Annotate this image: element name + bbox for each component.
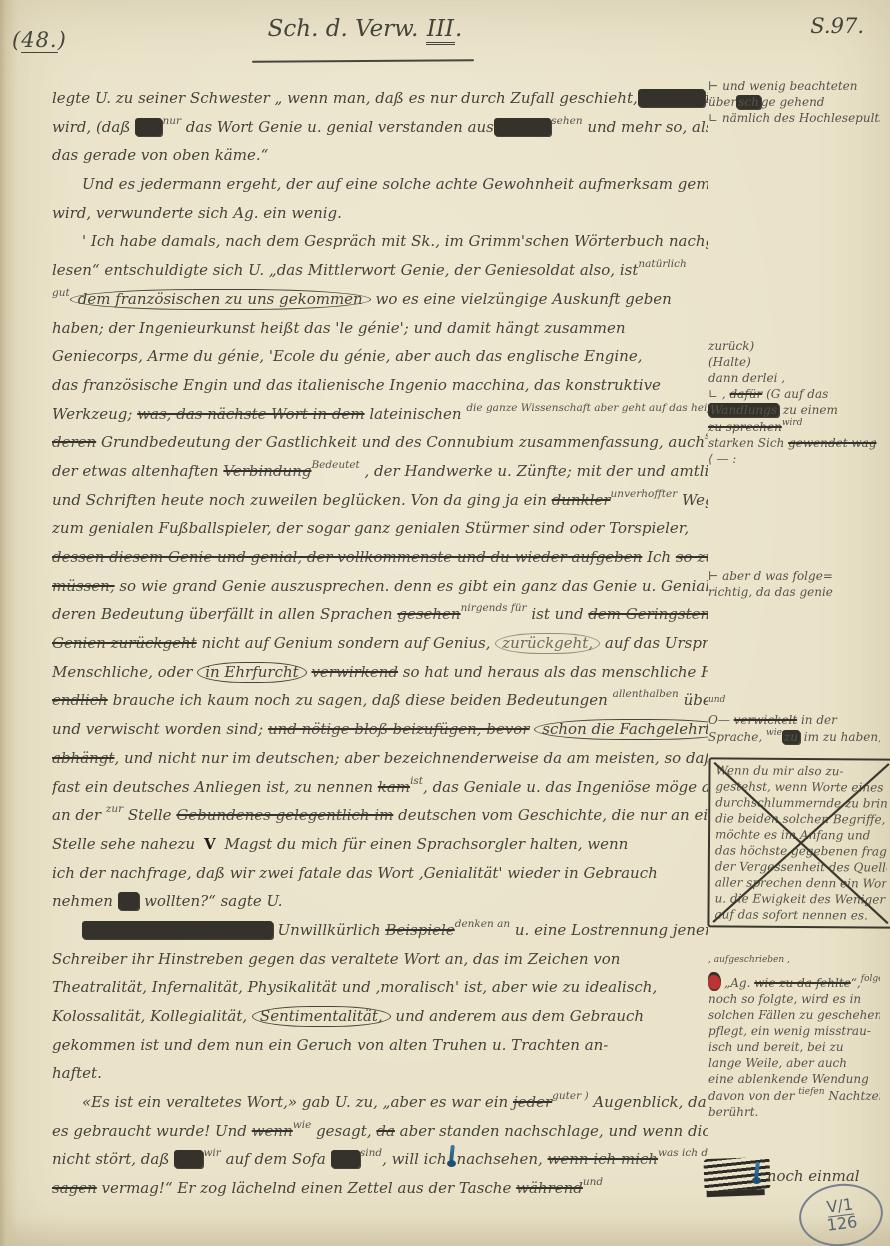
handwriting-text: lange Weile, aber auch bbox=[708, 1056, 847, 1070]
manuscript-line: zum genialen Fußballspieler, der sogar g… bbox=[52, 514, 708, 543]
margin-note-line: zu sprechenwird bbox=[708, 418, 880, 435]
manuscript-line: haftet. bbox=[52, 1059, 708, 1088]
struck-text: müssen, bbox=[52, 577, 115, 595]
page-number-left: (48.) bbox=[12, 28, 67, 52]
manuscript-line: und Schriften heute noch zuweilen beglüc… bbox=[52, 486, 708, 515]
margin-note: undO— verwickelt in derSprache, wiezu im… bbox=[708, 695, 880, 745]
manuscript-line: das gerade von oben käme.“ bbox=[52, 141, 708, 170]
handwriting-text: dann derlei , bbox=[708, 371, 785, 385]
blotted-out-text: Vorhand bbox=[638, 89, 706, 107]
handwriting-text: auf dem Sofa bbox=[221, 1150, 331, 1168]
manuscript-line: Schreiber ihr Hinstreben gegen das veral… bbox=[52, 945, 708, 974]
handwriting-text: berührt. bbox=[708, 1105, 758, 1119]
manuscript-line: Menschliche, oder in Ehrfurcht verwirken… bbox=[52, 658, 708, 687]
manuscript-line: ' Ich habe damals, nach dem Gespräch mit… bbox=[52, 227, 708, 256]
title-numeral: III bbox=[426, 16, 455, 45]
manuscript-line: wird, (daß nienur das Wort Genie u. geni… bbox=[52, 113, 708, 142]
crossed-out-margin-paragraph: Wenn du mir also zu-gestehst, wenn Worte… bbox=[707, 757, 890, 928]
handwriting-text: das französische Engin und das italienis… bbox=[52, 376, 661, 394]
inserted-text: und bbox=[583, 1177, 603, 1187]
struck-text: gewendet wag bbox=[788, 436, 876, 450]
handwriting-text: ∟ , bbox=[708, 387, 730, 401]
handwriting-text: Sprache, bbox=[708, 730, 766, 744]
manuscript-line: dessen diesem Genie und genial, der voll… bbox=[52, 543, 708, 572]
blue-ink-mark-icon bbox=[752, 1166, 762, 1184]
handwriting-text: starken Sich bbox=[708, 436, 788, 450]
handwriting-text: über bbox=[708, 95, 736, 109]
margin-note-line: davon von der tiefen Nachtzeit bbox=[708, 1087, 880, 1104]
manuscript-line: Theatralität, Infernalität, Physikalität… bbox=[52, 973, 708, 1002]
handwriting-text: ⟨ — : bbox=[708, 452, 736, 466]
circled-text: in Ehrfurcht bbox=[197, 662, 306, 683]
manuscript-line: legte U. zu seiner Schwester „ wenn man,… bbox=[52, 84, 708, 113]
margin-note-line: isch und bereit, bei zu bbox=[708, 1039, 880, 1055]
manuscript-line: Mit U. Sofort da, breiten Unwillkürlich … bbox=[52, 916, 708, 945]
struck-text: gesehen bbox=[397, 605, 460, 623]
handwriting-text: wird, (daß bbox=[52, 118, 135, 136]
handwriting-text: deren Bedeutung überfällt in allen Sprac… bbox=[52, 605, 397, 623]
handwriting-text: Ich bbox=[642, 548, 676, 566]
blotted-out-text: nie bbox=[135, 118, 162, 136]
manuscript-line: Kolossalität, Kollegialität, Sentimental… bbox=[52, 1002, 708, 1031]
manuscript-line: und verwischt worden sind; und nötige bl… bbox=[52, 715, 708, 744]
margin-note-line: ⟨ — : bbox=[708, 451, 880, 467]
handwriting-text: haben; der Ingenieurkunst heißt das 'le … bbox=[52, 319, 626, 337]
struck-text: so zu finden bbox=[676, 548, 708, 566]
handwriting-text: solchen Fällen zu geschehen bbox=[708, 1008, 880, 1022]
handwriting-text: brauche ich kaum noch zu sagen, daß dies… bbox=[108, 691, 613, 709]
handwriting-text: wo es eine vielzüngige Auskunft geben bbox=[371, 290, 672, 308]
margin-note: ⊢ aber d was folge= richtig, da das geni… bbox=[708, 568, 880, 600]
handwriting-text: ⊢ und wenig beachteten bbox=[708, 79, 857, 93]
blotted-out-text: zu bbox=[118, 892, 140, 910]
handwriting-text: Theatralität, Infernalität, Physikalität… bbox=[52, 978, 657, 996]
margin-note: ⊢ und wenig beachtetenüberschge gehend∟ … bbox=[708, 78, 880, 126]
inserted-text: was ich dir bbox=[658, 1148, 708, 1158]
manuscript-line: Stelle sehe nahezu V Magst du mich für e… bbox=[52, 830, 708, 859]
handwriting-text: legte U. zu seiner Schwester „ wenn man,… bbox=[52, 89, 638, 107]
handwriting-text: lesen“ entschuldigte sich U. „das Mittle… bbox=[52, 261, 638, 279]
manuscript-line: das französische Engin und das italienis… bbox=[52, 371, 708, 400]
struck-text: was, das nächste Wort in dem bbox=[137, 405, 364, 423]
handwriting-text: ge gehend bbox=[761, 95, 825, 109]
handwriting-text: richtig, da das genie bbox=[708, 585, 833, 599]
struck-text: abhängt bbox=[52, 749, 114, 767]
handwriting-text: «Es ist ein veraltetes Wort,» gab U. zu,… bbox=[82, 1093, 513, 1111]
struck-text: verwirkend bbox=[311, 663, 398, 681]
handwriting-text: Geniecorps, Arme du génie, 'Ecole du gén… bbox=[52, 347, 642, 365]
struck-text: kam bbox=[378, 778, 410, 796]
handwriting-text: Unwillkürlich bbox=[273, 921, 386, 939]
x-cross-mark-icon bbox=[709, 759, 890, 926]
noch-einmal-text: noch einmal bbox=[767, 1167, 860, 1185]
handwriting-text: noch so folgte, wird es in bbox=[708, 992, 861, 1006]
margin-note: zurück) (Halte) dann derlei ,∟ , dafür (… bbox=[708, 338, 880, 467]
handwriting-text: lateinischen bbox=[365, 405, 467, 423]
struck-text: da bbox=[376, 1122, 395, 1140]
title-underline bbox=[252, 59, 474, 63]
margin-note-line: zurück) bbox=[708, 338, 880, 354]
margin-note-line: „Ag. wie zu da fehlte“,folgen bbox=[708, 972, 880, 991]
inserted-text: wie bbox=[766, 728, 782, 738]
inserted-text: , aufgeschrieben , bbox=[708, 955, 790, 965]
handwriting-text: wollten?“ sagte U. bbox=[139, 892, 282, 910]
struck-text: wenn ich mich bbox=[548, 1150, 659, 1168]
paren-close: ) bbox=[58, 28, 67, 52]
pencil-circled-text: zurückgeht, bbox=[495, 633, 600, 654]
manuscript-line: es gebraucht wurde! Und wennwie gesagt, … bbox=[52, 1117, 708, 1146]
margin-note-line: lange Weile, aber auch bbox=[708, 1055, 880, 1071]
blotted-out-text: tun bbox=[331, 1150, 360, 1168]
manuscript-line: an der zur Stelle Gebundenes gelegentlic… bbox=[52, 801, 708, 830]
handwriting-text: und verwischt worden sind; bbox=[52, 720, 268, 738]
inserted-text: zur bbox=[106, 804, 123, 814]
page-title: Sch. d. Verw. III. bbox=[250, 16, 480, 42]
handwriting-text: ' Ich habe damals, nach dem Gespräch mit… bbox=[82, 232, 708, 250]
manuscript-line: «Es ist ein veraltetes Wort,» gab U. zu,… bbox=[52, 1088, 708, 1117]
struck-text: zu sprechen bbox=[708, 420, 782, 434]
struck-text: dessen diesem Genie und genial, der voll… bbox=[52, 548, 642, 566]
margin-note-line: ⊢ aber d was folge= bbox=[708, 568, 880, 584]
title-period: . bbox=[455, 16, 462, 42]
handwriting-text: und anderem aus dem Gebrauch bbox=[391, 1007, 644, 1025]
handwriting-text: Augenblick, da bbox=[589, 1093, 707, 1111]
handwriting-text: gesagt, bbox=[311, 1122, 376, 1140]
margin-note-line: , aufgeschrieben , bbox=[708, 955, 880, 972]
handwriting-text: an der bbox=[52, 806, 106, 824]
handwriting-text: so hat und heraus als das menschliche Hö… bbox=[398, 663, 708, 681]
handwriting-text: , das Geniale u. das Ingeniöse möge ause… bbox=[423, 778, 708, 796]
handwriting-text: Magst du mich für einen Sprachsorgler ha… bbox=[220, 835, 629, 853]
margin-note: , aufgeschrieben ,„Ag. wie zu da fehlte“… bbox=[708, 955, 880, 1120]
struck-text: dunkler bbox=[552, 491, 611, 509]
handwriting-text: zu einem bbox=[779, 403, 838, 417]
inserted-text: wie bbox=[293, 1120, 312, 1130]
handwriting-text: zum genialen Fußballspieler, der sogar g… bbox=[52, 519, 689, 537]
handwriting-text: in der bbox=[797, 713, 837, 727]
manuscript-line: Werkzeug; was, das nächste Wort in dem l… bbox=[52, 400, 708, 429]
margin-note-line: starken Sich gewendet wag bbox=[708, 435, 880, 451]
handwriting-text: wird, verwunderte sich Ag. ein wenig. bbox=[52, 204, 342, 222]
inserted-text: wird bbox=[782, 418, 803, 428]
handwriting-text: ⊢ aber d was folge= bbox=[708, 569, 833, 583]
handwriting-text: Grundbedeutung der Gastlichkeit und des … bbox=[96, 433, 705, 451]
handwriting-text: Kolossalität, Kollegialität, bbox=[52, 1007, 252, 1025]
inserted-text: natürlich bbox=[638, 259, 686, 269]
handwriting-text: eine ablenkende Wendung bbox=[708, 1072, 869, 1086]
blotted-out-text: zu bbox=[782, 730, 800, 744]
margin-note-line: überschge gehend bbox=[708, 94, 880, 110]
handwriting-text: , der Handwerke u. Zünfte; mit der und a… bbox=[360, 462, 708, 480]
struck-text: dafür bbox=[730, 387, 763, 401]
handwriting-text: ich der nachfrage, daß wir zwei fatale d… bbox=[52, 864, 658, 882]
handwriting-text: “, bbox=[851, 976, 861, 990]
margin-note-line: richtig, da das genie bbox=[708, 584, 880, 600]
handwriting-text: davon von der bbox=[708, 1089, 798, 1103]
margin-note-line: dann derlei , bbox=[708, 370, 880, 386]
blotted-out-text: Mit U. Sofort da, breiten bbox=[82, 921, 273, 939]
margin-note-line: ∟ nämlich des Hochlesepults bbox=[708, 110, 880, 126]
title-text: Sch. d. Verw. bbox=[268, 16, 419, 42]
blotted-out-text: Wandlungs bbox=[708, 403, 779, 417]
handwriting-text: fast ein deutsches Anliegen ist, zu nenn… bbox=[52, 778, 378, 796]
manuscript-line: ich der nachfrage, daß wir zwei fatale d… bbox=[52, 859, 708, 888]
manuscript-line: müssen, so wie grand Genie auszusprechen… bbox=[52, 572, 708, 601]
struck-text: deren bbox=[52, 433, 96, 451]
blue-ink-mark-icon bbox=[447, 1149, 457, 1167]
struck-text: sagen bbox=[52, 1179, 97, 1197]
margin-note-line: eine ablenkende Wendung bbox=[708, 1071, 880, 1087]
handwriting-text: u. eine Lostrennung jener bbox=[510, 921, 708, 939]
manuscript-line: gutdem französischen zu uns gekommen wo … bbox=[52, 285, 708, 314]
handwriting-text: ist und bbox=[527, 605, 589, 623]
inserted-text: denken an bbox=[455, 919, 510, 929]
handwriting-text: zurück) bbox=[708, 339, 754, 353]
manuscript-body: legte U. zu seiner Schwester „ wenn man,… bbox=[52, 84, 708, 1203]
handwriting-text: ∟ nämlich des Hochlesepults bbox=[708, 111, 880, 125]
handwriting-text: und mehr so, als ob bbox=[583, 118, 708, 136]
handwriting-text: das gerade von oben käme.“ bbox=[52, 146, 268, 164]
manuscript-line: haben; der Ingenieurkunst heißt das 'le … bbox=[52, 314, 708, 343]
handwriting-text: auf das Ursprüngliche= bbox=[600, 634, 708, 652]
handwriting-text: Weg also auch bbox=[677, 491, 708, 509]
struck-text: Gebundenes gelegentlich im bbox=[176, 806, 393, 824]
manuscript-line: lesen“ entschuldigte sich U. „das Mittle… bbox=[52, 256, 708, 285]
handwriting-text: O— bbox=[708, 713, 734, 727]
inserted-text: sind bbox=[360, 1148, 382, 1158]
handwriting-text: überall durcheinander gewürfelt bbox=[679, 691, 708, 709]
handwriting-text: pflegt, ein wenig misstrau- bbox=[708, 1024, 871, 1038]
circled-text: Sentimentalität, bbox=[252, 1006, 391, 1027]
struck-text: wie zu da fehlte bbox=[754, 976, 851, 990]
manuscript-line: Genien zurückgeht nicht auf Genium sonde… bbox=[52, 629, 708, 658]
margin-note-line: Wandlungs zu einem bbox=[708, 402, 880, 418]
inserted-text: ist bbox=[410, 776, 423, 786]
inserted-text: folgen bbox=[861, 974, 880, 984]
manuscript-line: der etwas altenhaften VerbindungBedeutet… bbox=[52, 457, 708, 486]
manuscript-line: Und es jedermann ergeht, der auf eine so… bbox=[52, 170, 708, 199]
archive-stamp: V/1 126 bbox=[796, 1179, 887, 1246]
blotted-out-text: spricht bbox=[494, 118, 551, 136]
margin-note-line: Sprache, wiezu im zu haben, bbox=[708, 728, 880, 745]
paren-open: ( bbox=[12, 28, 21, 52]
handwriting-text: so wie grand Genie auszusprechen. denn e… bbox=[115, 577, 708, 595]
manuscript-line: sagen vermag!“ Er zog lächelnd einen Zet… bbox=[52, 1174, 708, 1203]
handwriting-text: Schreiber ihr Hinstreben gegen das veral… bbox=[52, 950, 620, 968]
struck-text: Verbindung bbox=[223, 462, 311, 480]
inserted-text: und bbox=[708, 695, 725, 705]
handwriting-text: es gebraucht wurde! Und bbox=[52, 1122, 252, 1140]
handwriting-text: , und nicht nur im deutschen; aber bezei… bbox=[114, 749, 708, 767]
margin-note-line: und bbox=[708, 695, 880, 712]
red-mark-icon bbox=[708, 972, 721, 991]
handwriting-text: Werkzeug; bbox=[52, 405, 137, 423]
handwriting-text: nachsehen, bbox=[457, 1150, 548, 1168]
manuscript-page: (48.) Sch. d. Verw. III. S.97. legte U. … bbox=[0, 0, 890, 1246]
inserted-text: Bedeutet bbox=[311, 460, 359, 470]
handwriting-text: aber standen nachschlage, und wenn dich bbox=[395, 1122, 708, 1140]
circled-text: dem französischen zu uns gekommen bbox=[70, 289, 371, 310]
handwriting-text: das Wort Genie u. genial verstanden aus bbox=[181, 118, 494, 136]
margin-note-line: pflegt, ein wenig misstrau- bbox=[708, 1023, 880, 1039]
inserted-text: tiefen bbox=[798, 1087, 824, 1097]
handwriting-text: nicht stört, daß bbox=[52, 1150, 174, 1168]
struck-text: jeder bbox=[513, 1093, 552, 1111]
handwriting-text: Und es jedermann ergeht, der auf eine so… bbox=[82, 175, 708, 193]
stamp-line2: 126 bbox=[826, 1213, 859, 1235]
inserted-text: allenthalben bbox=[613, 689, 679, 699]
handwriting-text: (G auf das bbox=[762, 387, 828, 401]
handwriting-text: nehmen bbox=[52, 892, 118, 910]
margin-note-line: solchen Fällen zu geschehen bbox=[708, 1007, 880, 1023]
manuscript-line: Geniecorps, Arme du génie, 'Ecole du gén… bbox=[52, 342, 708, 371]
manuscript-line: nicht stört, daß gutwir auf dem Sofa tun… bbox=[52, 1145, 708, 1174]
page-number-value: 48. bbox=[21, 28, 57, 53]
struck-text: wenn bbox=[252, 1122, 293, 1140]
handwriting-text: deutschen vom Geschichte, die nur an ein… bbox=[393, 806, 708, 824]
noch-einmal-note: noch einmal bbox=[752, 1166, 860, 1185]
handwriting-text: vermag!“ Er zog lächelnd einen Zettel au… bbox=[97, 1179, 516, 1197]
inserted-text: nur bbox=[162, 116, 181, 126]
handwriting-text: Nachtzeit bbox=[825, 1089, 880, 1103]
manuscript-line: deren Bedeutung überfällt in allen Sprac… bbox=[52, 600, 708, 629]
struck-text: verwickelt bbox=[734, 713, 797, 727]
struck-text: dem Geringsten bbox=[588, 605, 708, 623]
manuscript-line: gekommen ist und dem nun ein Geruch von … bbox=[52, 1031, 708, 1060]
handwriting-text: isch und bereit, bei zu bbox=[708, 1040, 844, 1054]
handwriting-text: nicht auf Genium sondern auf Genius, bbox=[197, 634, 496, 652]
struck-text: Genien zurückgeht bbox=[52, 634, 197, 652]
margin-note-line: ∟ , dafür (G auf das bbox=[708, 386, 880, 402]
struck-text: Beispiele bbox=[385, 921, 454, 939]
page-number-right: S.97. bbox=[810, 14, 864, 38]
manuscript-line: wird, verwunderte sich Ag. ein wenig. bbox=[52, 199, 708, 228]
manuscript-line: deren Grundbedeutung der Gastlichkeit un… bbox=[52, 428, 708, 457]
red-caret-icon: V bbox=[200, 830, 220, 859]
margin-note-line: O— verwickelt in der bbox=[708, 712, 880, 728]
blotted-out-text: gut bbox=[174, 1150, 203, 1168]
circled-text: schon die Fachgelehrten bbox=[534, 719, 708, 740]
handwriting-text: haftet. bbox=[52, 1064, 102, 1082]
handwriting-text: im zu haben, bbox=[800, 730, 880, 744]
handwriting-text: Stelle sehe nahezu bbox=[52, 835, 200, 853]
manuscript-line: endlich brauche ich kaum noch zu sagen, … bbox=[52, 686, 708, 715]
blotted-out-text: sch bbox=[736, 95, 761, 109]
inserted-text: wir bbox=[203, 1148, 220, 1158]
handwriting-text: und Schriften heute noch zuweilen beglüc… bbox=[52, 491, 552, 509]
struck-text: und nötige bloß beizufügen, bevor bbox=[268, 720, 530, 738]
manuscript-line: nehmen zu wollten?“ sagte U. bbox=[52, 887, 708, 916]
inserted-text: sehen bbox=[551, 116, 582, 126]
inserted-text: nirgends für bbox=[461, 603, 527, 613]
margin-note-line: berührt. bbox=[708, 1104, 880, 1120]
handwriting-text: der etwas altenhaften bbox=[52, 462, 223, 480]
handwriting-text: , will ich bbox=[382, 1150, 446, 1168]
struck-text: endlich bbox=[52, 691, 108, 709]
margin-note-line: ⊢ und wenig beachteten bbox=[708, 78, 880, 94]
manuscript-line: fast ein deutsches Anliegen ist, zu nenn… bbox=[52, 773, 708, 802]
handwriting-text: Stelle bbox=[123, 806, 176, 824]
margin-note-line: noch so folgte, wird es in bbox=[708, 991, 880, 1007]
inserted-text: guter ) bbox=[552, 1091, 588, 1101]
handwriting-text: Menschliche, oder bbox=[52, 663, 197, 681]
struck-text: während bbox=[516, 1179, 583, 1197]
margin-note-line: (Halte) bbox=[708, 354, 880, 370]
manuscript-line: abhängt, und nicht nur im deutschen; abe… bbox=[52, 744, 708, 773]
handwriting-text: (Halte) bbox=[708, 355, 751, 369]
inserted-text: die ganze Wissenschaft aber geht auf das… bbox=[466, 403, 708, 413]
inserted-text: gut bbox=[52, 288, 70, 298]
inserted-text: unverhoffter bbox=[611, 489, 678, 499]
handwriting-text: „Ag. bbox=[724, 976, 754, 990]
handwriting-text: gekommen ist und dem nun ein Geruch von … bbox=[52, 1036, 608, 1054]
